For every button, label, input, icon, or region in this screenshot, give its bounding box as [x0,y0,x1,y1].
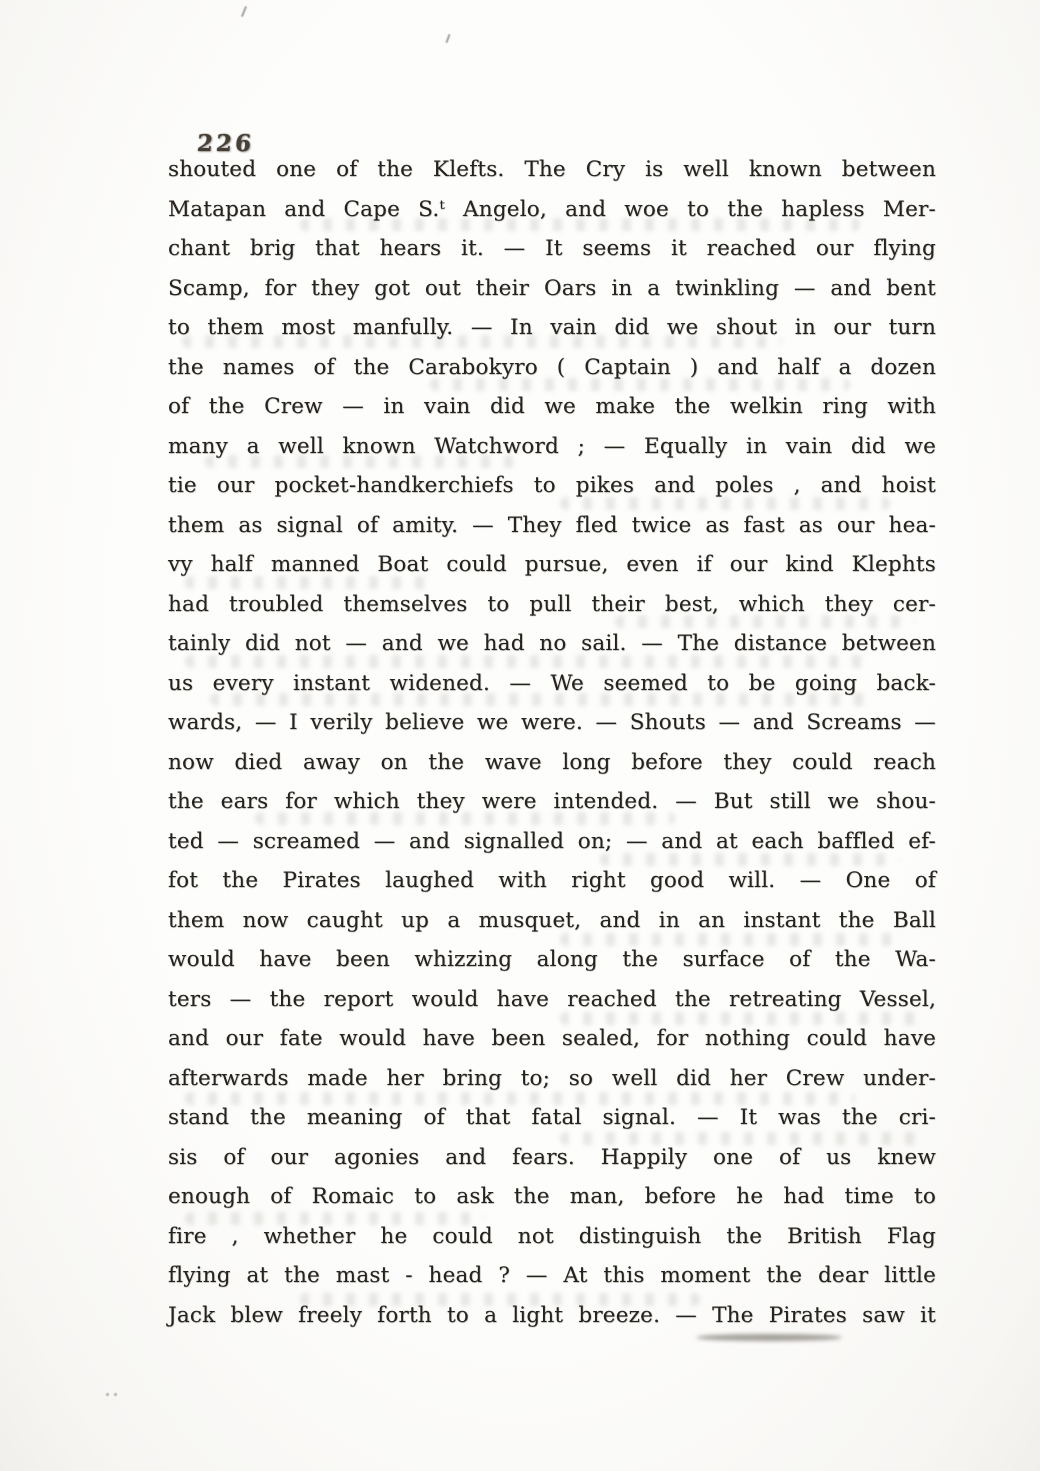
text-line: shouted one of the Klefts. The Cry is we… [168,150,936,190]
text-line: Scamp, for they got out their Oars in a … [168,269,936,309]
text-line: enough of Romaic to ask the man, before … [168,1177,936,1217]
scan-speck [241,6,247,17]
text-line: the ears for which they were intended. —… [168,782,936,822]
text-line: to them most manfully. — In vain did we … [168,308,936,348]
text-line: and our fate would have been sealed, for… [168,1019,936,1059]
text-line: wards, — I verily believe we were. — Sho… [168,703,936,743]
text-line: sis of our agonies and fears. Happily on… [168,1138,936,1178]
scan-speck [106,1393,109,1396]
text-line: the names of the Carabokyro ( Captain ) … [168,348,936,388]
text-line: had troubled themselves to pull their be… [168,585,936,625]
text-line: stand the meaning of that fatal signal. … [168,1098,936,1138]
text-line: flying at the mast - head ? — At this mo… [168,1256,936,1296]
text-line: Jack blew freely forth to a light breeze… [168,1296,936,1336]
text-line: chant brig that hears it. — It seems it … [168,229,936,269]
text-line: many a well known Watchword ; — Equally … [168,427,936,467]
text-line: Matapan and Cape S.ᵗ Angelo, and woe to … [168,190,936,230]
ink-smudge [696,1334,842,1341]
text-line: ted — screamed — and signalled on; — and… [168,822,936,862]
text-line: fire , whether he could not distinguish … [168,1217,936,1257]
scan-speck [446,34,451,43]
scanned-book-page: 226 shouted one of the Klefts. The Cry i… [0,0,1040,1471]
page-text: shouted one of the Klefts. The Cry is we… [168,150,936,1335]
text-line: afterwards made her bring to; so well di… [168,1059,936,1099]
text-line: tie our pocket-handkerchiefs to pikes an… [168,466,936,506]
scan-speck [114,1393,117,1396]
text-line: vy half manned Boat could pursue, even i… [168,545,936,585]
text-line: us every instant widened. — We seemed to… [168,664,936,704]
text-line: ters — the report would have reached the… [168,980,936,1020]
text-line: now died away on the wave long before th… [168,743,936,783]
text-line: them as signal of amity. — They fled twi… [168,506,936,546]
text-line: would have been whizzing along the surfa… [168,940,936,980]
text-line: them now caught up a musquet, and in an … [168,901,936,941]
text-line: of the Crew — in vain did we make the we… [168,387,936,427]
text-line: fot the Pirates laughed with right good … [168,861,936,901]
text-line: tainly did not — and we had no sail. — T… [168,624,936,664]
